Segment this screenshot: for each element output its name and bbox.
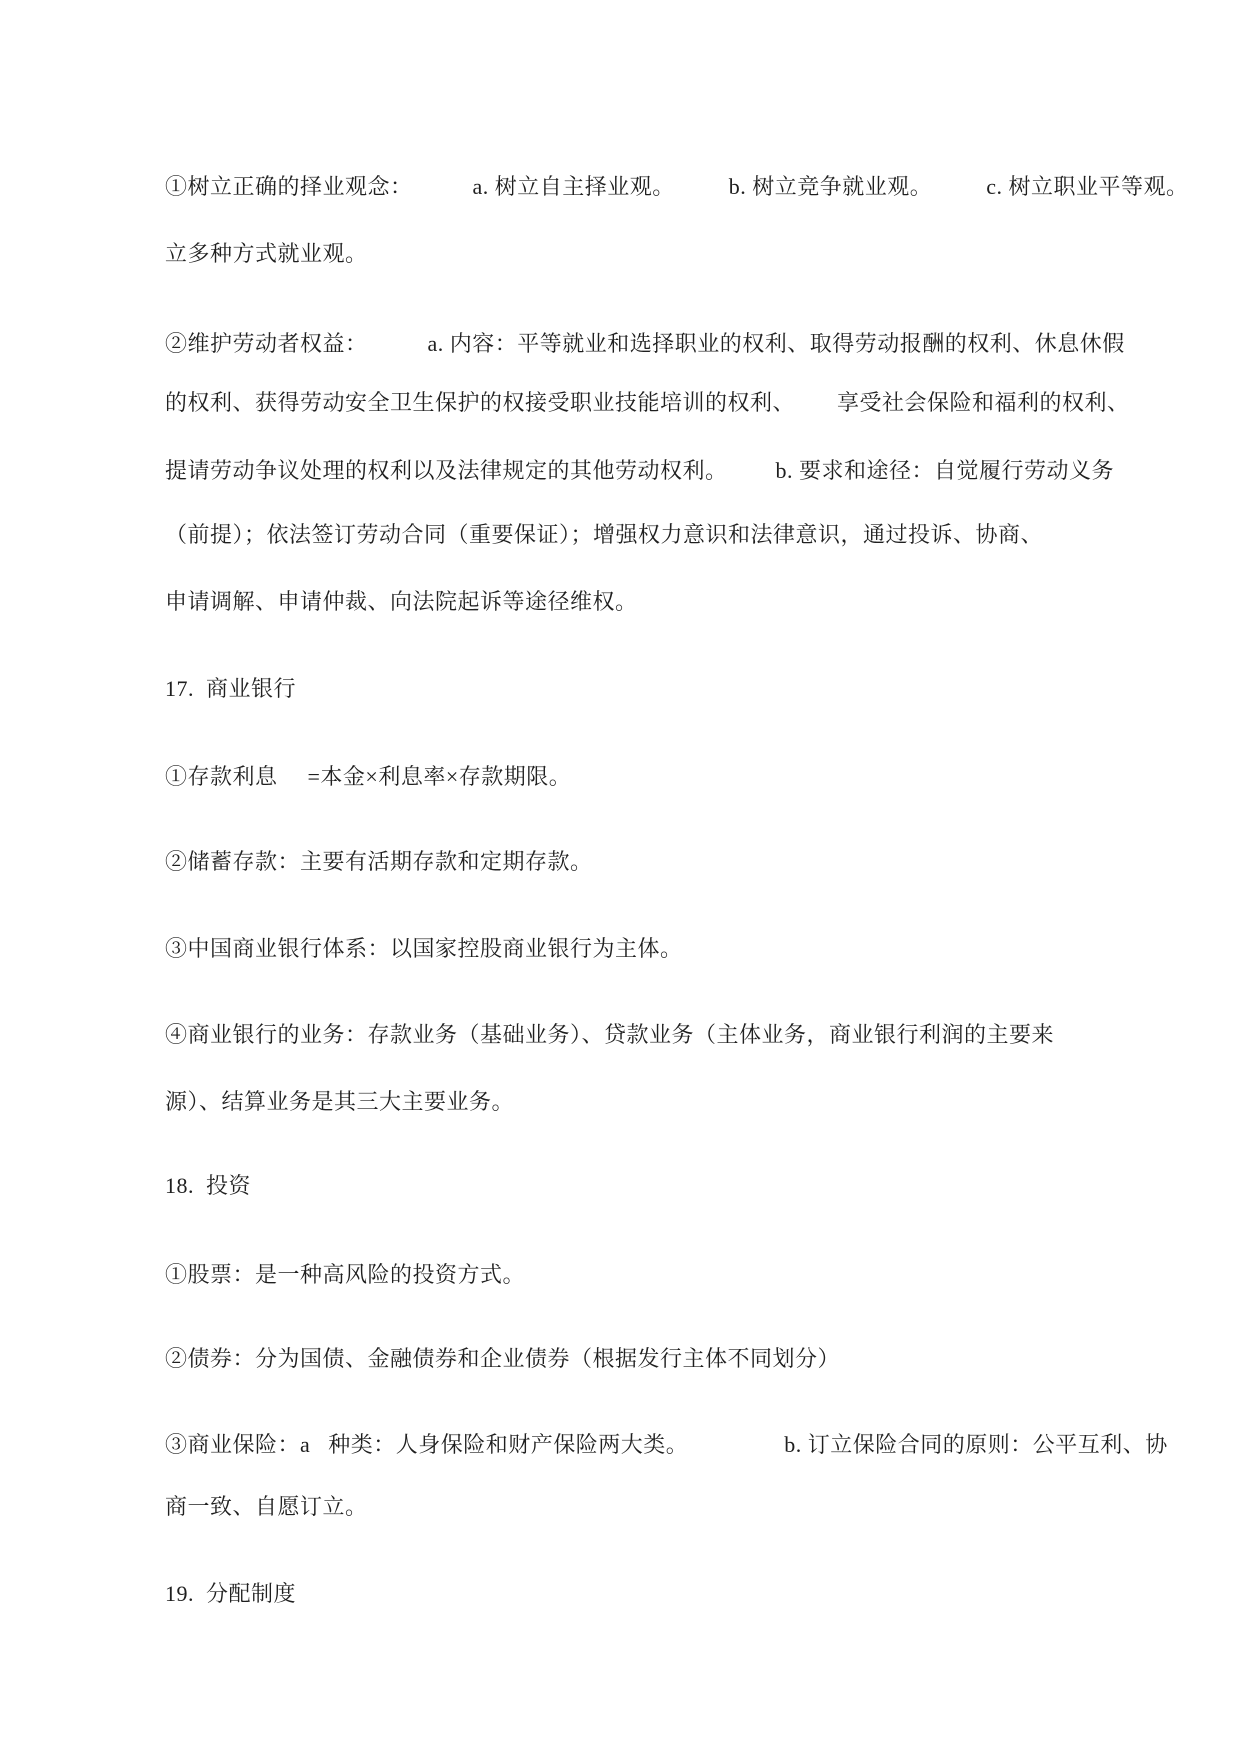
paragraph-line: ④商业银行的业务：存款业务（基础业务）、贷款业务（主体业务，商业银行利润的主要来 <box>165 1021 1222 1049</box>
section-heading-18-investment: 18. 投资 <box>165 1172 1222 1200</box>
paragraph-line: 申请调解、申请仲裁、向法院起诉等途径维权。 <box>165 588 1222 616</box>
paragraph-line: ③中国商业银行体系：以国家控股商业银行为主体。 <box>165 935 1222 963</box>
paragraph-line: ①存款利息 =本金×利息率×存款期限。 <box>165 763 1222 791</box>
paragraph-line: ②储蓄存款：主要有活期存款和定期存款。 <box>165 848 1222 876</box>
paragraph-line: ①股票：是一种高风险的投资方式。 <box>165 1261 1222 1289</box>
paragraph-line: 的权利、获得劳动安全卫生保护的权接受职业技能培训的权利、 享受社会保险和福利的权… <box>165 389 1222 417</box>
paragraph-line: 商一致、自愿订立。 <box>165 1493 1222 1521</box>
paragraph-line: ①树立正确的择业观念： a. 树立自主择业观。 b. 树立竞争就业观。 c. 树… <box>165 173 1222 201</box>
paragraph-line: ②维护劳动者权益： a. 内容：平等就业和选择职业的权利、取得劳动报酬的权利、休… <box>165 330 1222 358</box>
paragraph-line: ③商业保险：a 种类：人身保险和财产保险两大类。 b. 订立保险合同的原则：公平… <box>165 1431 1222 1459</box>
document-page: ①树立正确的择业观念： a. 树立自主择业观。 b. 树立竞争就业观。 c. 树… <box>0 0 1242 1758</box>
section-heading-19-distribution-system: 19. 分配制度 <box>165 1580 1222 1608</box>
section-heading-17-commercial-banks: 17. 商业银行 <box>165 675 1222 703</box>
paragraph-line: ②债券：分为国债、金融债券和企业债券（根据发行主体不同划分） <box>165 1345 1222 1373</box>
paragraph-line: 源）、结算业务是其三大主要业务。 <box>165 1088 1222 1116</box>
paragraph-line: （前提）；依法签订劳动合同（重要保证）；增强权力意识和法律意识，通过投诉、协商、 <box>165 521 1222 549</box>
paragraph-line: 立多种方式就业观。 <box>165 240 1222 268</box>
paragraph-line: 提请劳动争议处理的权利以及法律规定的其他劳动权利。 b. 要求和途径：自觉履行劳… <box>165 457 1222 485</box>
